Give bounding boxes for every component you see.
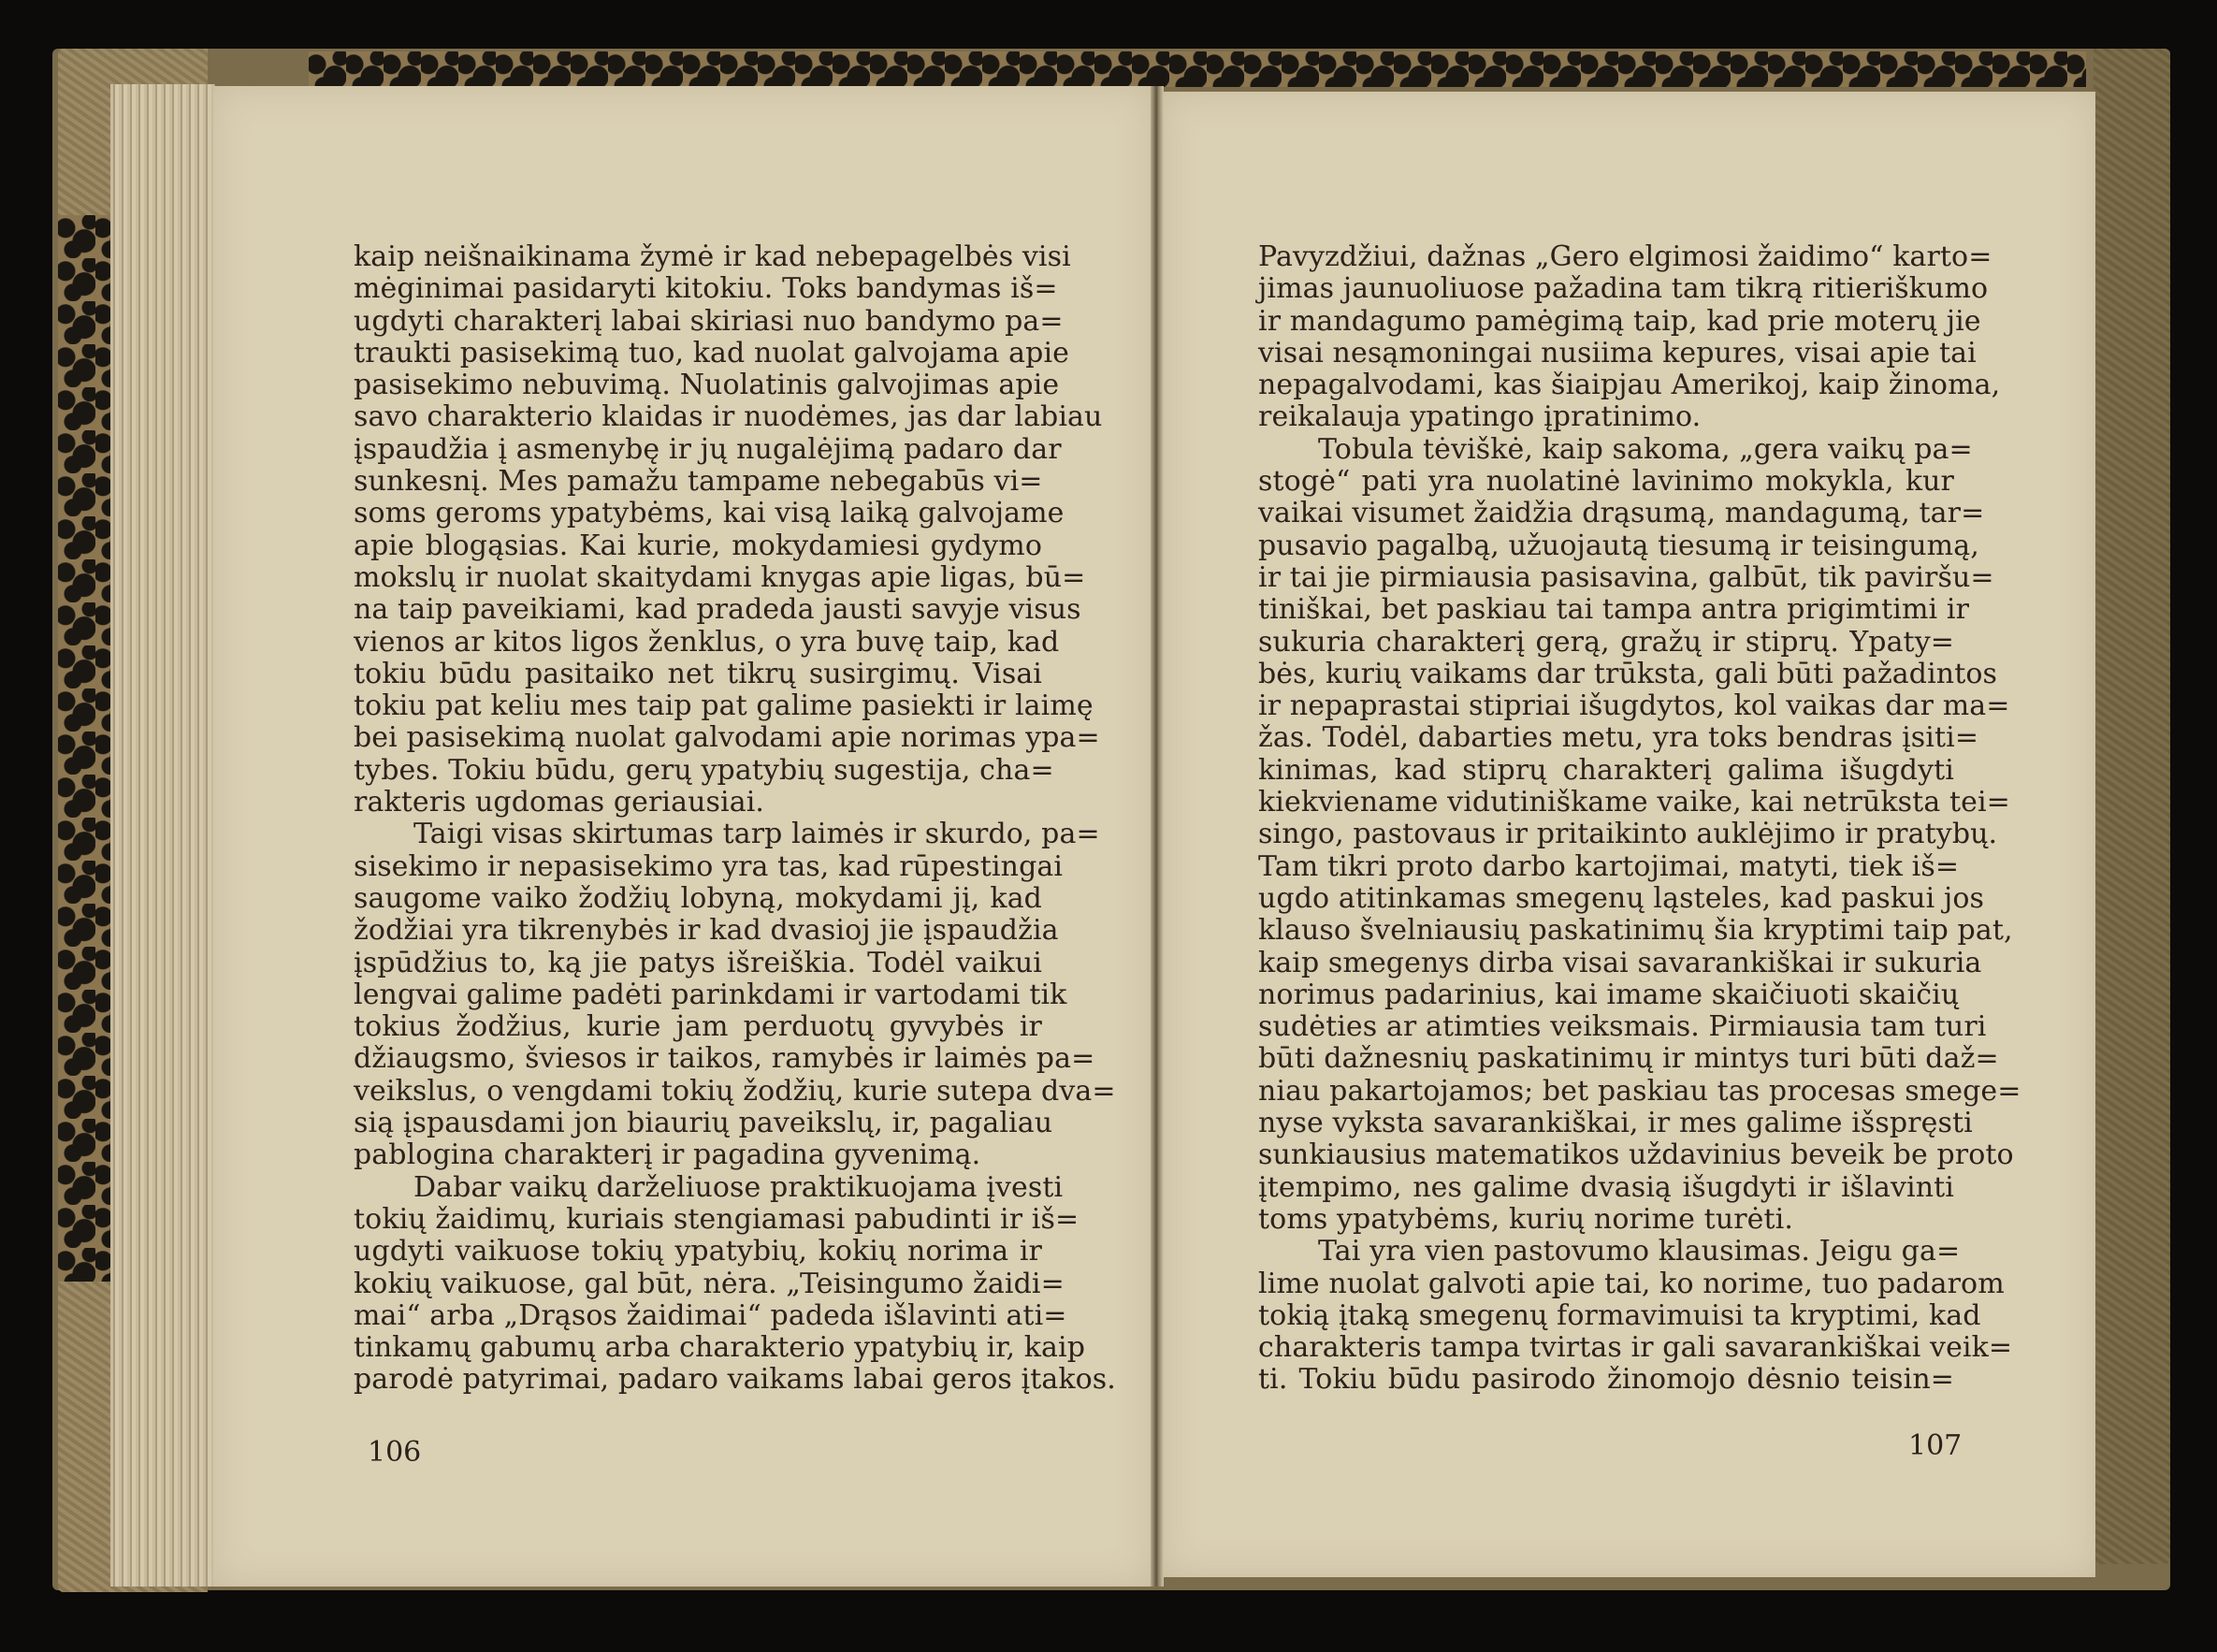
text-line: žodžiai yra tikrenybės ir kad dvasioj ji… [354,915,1042,947]
text-line: parodė patyrimai, padaro vaikams labai g… [354,1364,1042,1396]
text-line: mai“ arba „Drąsos žaidimai“ padeda išlav… [354,1300,1042,1332]
text-line: džiaugsmo, šviesos ir taikos, ramybės ir… [354,1043,1042,1075]
text-line: ti. Tokiu būdu pasirodo žinomojo dėsnio … [1258,1364,1954,1396]
text-line: tokius žodžius, kurie jam perduotų gyvyb… [354,1011,1042,1043]
text-line: charakteris tampa tvirtas ir gali savara… [1258,1332,1954,1364]
page-number-left: 106 [368,1436,421,1469]
text-line: stogė“ pati yra nuolatinė lavinimo mokyk… [1258,466,1954,498]
text-line: klauso švelniausių paskatinimų šia krypt… [1258,915,1954,947]
text-line: pusavio pagalbą, užuojautą tiesumą ir te… [1258,530,1954,562]
marbled-paper-left [58,215,112,1282]
text-line: nyse vyksta savarankiškai, ir mes galime… [1258,1108,1954,1139]
text-line: nepagalvodami, kas šiaipjau Amerikoj, ka… [1258,370,1954,401]
text-line: įtempimo, nes galime dvasią išugdyti ir … [1258,1172,1954,1204]
text-line: savo charakterio klaidas ir nuodėmes, ja… [354,401,1042,433]
text-line: traukti pasisekimą tuo, kad nuolat galvo… [354,338,1042,370]
text-line: Tobula tėviškė, kaip sakoma, „gera vaikų… [1258,434,1954,466]
text-line: sią įspausdami jon biaurių paveikslų, ir… [354,1108,1042,1139]
right-page-text: Pavyzdžiui, dažnas „Gero elgimosi žaidim… [1258,241,1954,1397]
text-line: vienos ar kitos ligos ženklus, o yra buv… [354,627,1042,659]
text-line: Pavyzdžiui, dažnas „Gero elgimosi žaidim… [1258,241,1954,273]
text-line: na taip paveikiami, kad pradeda jausti s… [354,594,1042,626]
text-line: lime nuolat galvoti apie tai, ko norime,… [1258,1268,1954,1300]
book-gutter [1151,86,1164,1587]
text-line: kiekviename vidutiniškame vaike, kai net… [1258,787,1954,819]
text-line: sunkiausius matematikos uždavinius bevei… [1258,1139,1954,1171]
text-line: pasisekimo nebuvimą. Nuolatinis galvojim… [354,370,1042,401]
text-line: tiniškai, bet paskiau tai tampa antra pr… [1258,594,1954,626]
text-line: tokią įtaką smegenų formavimuisi ta kryp… [1258,1300,1954,1332]
text-line: tybes. Tokiu būdu, gerų ypatybių sugesti… [354,755,1042,787]
page-stack-edge [110,84,215,1587]
text-line: tinkamų gabumų arba charakterio ypatybių… [354,1332,1042,1364]
text-line: ugdo atitinkamas smegenų ląsteles, kad p… [1258,883,1954,915]
text-line: veikslus, o vengdami tokių žodžių, kurie… [354,1076,1042,1108]
page-number-right: 107 [1908,1429,1962,1462]
text-line: singo, pastovaus ir pritaikinto auklėjim… [1258,819,1954,850]
text-line: sukuria charakterį gerą, gražų ir stiprų… [1258,627,1954,659]
text-line: vaikai visumet žaidžia drąsumą, mandagum… [1258,498,1954,529]
text-line: ir nepaprastai stipriai išugdytos, kol v… [1258,690,1954,722]
text-line: norimus padarinius, kai imame skaičiuoti… [1258,979,1954,1011]
text-line: ir tai jie pirmiausia pasisavina, galbūt… [1258,562,1954,594]
text-line: ugdyti vaikuose tokių ypatybių, kokių no… [354,1236,1042,1268]
marbled-paper-top [309,51,2086,87]
text-line: bės, kurių vaikams dar trūksta, gali būt… [1258,659,1954,690]
text-line: apie blogąsias. Kai kurie, mokydamiesi g… [354,530,1042,562]
text-line: niau pakartojamos; bet paskiau tas proce… [1258,1076,1954,1108]
text-line: sisekimo ir nepasisekimo yra tas, kad rū… [354,851,1042,883]
text-line: tokiu būdu pasitaiko net tikrų susirgimų… [354,659,1042,690]
text-line: tokiu pat keliu mes taip pat galime pasi… [354,690,1042,722]
text-line: ugdyti charakterį labai skiriasi nuo ban… [354,306,1042,338]
text-line: visai nesąmoningai nusiima kepures, visa… [1258,338,1954,370]
text-line: reikalauja ypatingo įpratinimo. [1258,401,1954,433]
left-page-text: kaip neišnaikinama žymė ir kad nebepagel… [354,241,1042,1397]
text-line: soms geroms ypatybėms, kai visą laiką ga… [354,498,1042,529]
text-line: sudėties ar atimties veiksmais. Pirmiaus… [1258,1011,1954,1043]
text-line: kokių vaikuose, gal būt, nėra. „Teisingu… [354,1268,1042,1300]
text-line: rakteris ugdomas geriausiai. [354,787,1042,819]
text-line: tokių žaidimų, kuriais stengiamasi pabud… [354,1204,1042,1236]
text-line: sunkesnį. Mes pamažu tampame nebegabūs v… [354,466,1042,498]
text-line: Taigi visas skirtumas tarp laimės ir sku… [354,819,1042,850]
text-line: saugome vaiko žodžių lobyną, mokydami jį… [354,883,1042,915]
text-line: toms ypatybėms, kurių norime turėti. [1258,1204,1954,1236]
text-line: kinimas, kad stiprų charakterį galima iš… [1258,755,1954,787]
text-line: jimas jaunuoliuose pažadina tam tikrą ri… [1258,273,1954,305]
text-line: būti dažnesnių paskatinimų ir mintys tur… [1258,1043,1954,1075]
text-line: žas. Todėl, dabarties metu, yra toks ben… [1258,722,1954,754]
text-line: pablogina charakterį ir pagadina gyvenim… [354,1139,1042,1171]
text-line: ir mandagumo pamėgimą taip, kad prie mot… [1258,306,1954,338]
text-line: Dabar vaikų darželiuose praktikuojama įv… [354,1172,1042,1204]
text-line: bei pasisekimą nuolat galvodami apie nor… [354,722,1042,754]
cover-cloth-corner-right [2094,49,2170,1564]
text-line: mėginimai pasidaryti kitokiu. Toks bandy… [354,273,1042,305]
text-line: lengvai galime padėti parinkdami ir vart… [354,979,1042,1011]
text-line: mokslų ir nuolat skaitydami knygas apie … [354,562,1042,594]
text-line: įspūdžius to, ką jie patys išreiškia. To… [354,948,1042,979]
text-line: Tai yra vien pastovumo klausimas. Jeigu … [1258,1236,1954,1268]
text-line: kaip neišnaikinama žymė ir kad nebepagel… [354,241,1042,273]
text-line: įspaudžia į asmenybę ir jų nugalėjimą pa… [354,434,1042,466]
text-line: Tam tikri proto darbo kartojimai, matyti… [1258,851,1954,883]
text-line: kaip smegenys dirba visai savarankiškai … [1258,948,1954,979]
